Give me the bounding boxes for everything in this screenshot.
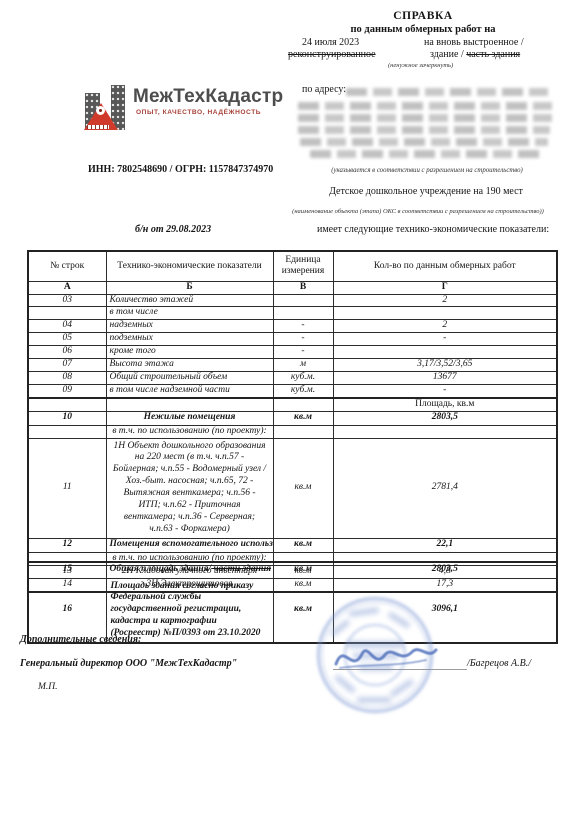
row-unit: - xyxy=(273,346,333,359)
redacted-address-line xyxy=(300,138,548,146)
address-label: по адресу: xyxy=(302,84,346,95)
row-value: 22,1 xyxy=(333,538,557,552)
stamp-arc-text xyxy=(357,697,391,703)
table-row: 15 Общая площадь здания/ части здания кв… xyxy=(28,562,557,578)
area-header-row: Площадь, кв.м xyxy=(28,398,557,411)
company-tagline: ОПЫТ, КАЧЕСТВО, НАДЁЖНОСТЬ xyxy=(136,109,261,116)
row-value: 3,17/3,52/3,65 xyxy=(333,358,557,371)
row-num: 10 xyxy=(28,411,106,425)
row-unit: куб.м. xyxy=(273,371,333,384)
reconstructed-label-struck: реконструированное xyxy=(288,49,376,60)
row-name: Помещения вспомогательного использования xyxy=(106,538,273,552)
table-row: 12 Помещения вспомогательного использова… xyxy=(28,538,557,552)
row-num: 12 xyxy=(28,538,106,552)
letter-g: Г xyxy=(333,281,557,294)
totals-table: 15 Общая площадь здания/ части здания кв… xyxy=(27,561,558,644)
table-row: 06 кроме того - xyxy=(28,346,557,359)
redacted-address-line xyxy=(298,126,550,134)
table-row: 07 Высота этажа м 3,17/3,52/3,65 xyxy=(28,358,557,371)
inn-ogrn: ИНН: 7802548690 / ОГРН: 1157847374970 xyxy=(88,164,273,175)
table-row: 10 Нежилые помещения кв.м 2803,5 xyxy=(28,411,557,425)
row-unit: кв.м xyxy=(273,562,333,578)
row-unit: - xyxy=(273,320,333,333)
building-part-struck: часть здания xyxy=(466,49,520,60)
row-num: 15 xyxy=(28,562,106,578)
area-header: Площадь, кв.м xyxy=(333,398,557,411)
doc-date: 24 июля 2023 xyxy=(302,37,359,48)
row-value: 2803,5 xyxy=(333,562,557,578)
row-unit: кв.м xyxy=(273,438,333,538)
row-name: надземных xyxy=(106,320,273,333)
row-value xyxy=(333,307,557,320)
row-num: 04 xyxy=(28,320,106,333)
row-value: - xyxy=(333,384,557,397)
indicators-table: № строк Технико-экономические показатели… xyxy=(27,250,558,399)
reference-number: б/н от 29.08.2023 xyxy=(135,224,211,235)
redacted-address-line xyxy=(298,114,552,122)
row-num xyxy=(28,307,106,320)
row-unit: кв.м xyxy=(273,538,333,552)
row-num: 03 xyxy=(28,294,106,307)
row-unit xyxy=(273,294,333,307)
document-page: СПРАВКА по данным обмерных работ на 24 и… xyxy=(0,0,577,816)
address-note: (указывается в соответствии с разрешение… xyxy=(307,167,547,174)
signature-scribble xyxy=(330,634,442,678)
table-row: 08 Общий строительный объем куб.м. 13677 xyxy=(28,371,557,384)
additional-info-label: Дополнительные сведения: xyxy=(20,634,141,645)
table-row: в т.ч. по использованию (по проекту): xyxy=(28,425,557,438)
doc-title: СПРАВКА xyxy=(290,10,556,22)
redacted-address-line xyxy=(298,102,554,110)
row-value xyxy=(333,425,557,438)
letter-a: А xyxy=(28,281,106,294)
table-row: 11 1Н Объект дошкольного образования на … xyxy=(28,438,557,538)
row-value xyxy=(333,346,557,359)
row-name: в том числе xyxy=(106,307,273,320)
doc-subtitle: по данным обмерных работ на xyxy=(290,24,556,35)
row-name: Высота этажа xyxy=(106,358,273,371)
row-name: кроме того xyxy=(106,346,273,359)
new-built-label: на вновь выстроенное / xyxy=(424,37,524,48)
row-unit xyxy=(273,425,333,438)
table-row: в том числе xyxy=(28,307,557,320)
total-area-part-struck: части здания xyxy=(211,564,271,574)
row-num: 09 xyxy=(28,384,106,397)
table-row: 05 подземных - - xyxy=(28,333,557,346)
row-name: Общий строительный объем xyxy=(106,371,273,384)
indicators-intro: имеет следующие технико-экономические по… xyxy=(317,224,549,235)
empty-cell xyxy=(273,398,333,411)
col-header-unit: Единица измерения xyxy=(273,251,333,281)
redacted-address-line xyxy=(310,150,542,158)
row-unit: м xyxy=(273,358,333,371)
row-name: подземных xyxy=(106,333,273,346)
signer-name: /Багрецов А.В./ xyxy=(467,658,531,669)
building-word: здание / xyxy=(430,49,466,60)
row-unit: - xyxy=(273,333,333,346)
row-name: 1Н Объект дошкольного образования на 220… xyxy=(106,438,273,538)
letter-b: Б xyxy=(106,281,273,294)
strike-instruction-note: (ненужное зачеркнуть) xyxy=(388,62,453,69)
redacted-address-line xyxy=(346,88,554,96)
row-unit: кв.м xyxy=(273,411,333,425)
row-num: 08 xyxy=(28,371,106,384)
letter-row: А Б В Г xyxy=(28,281,557,294)
logo-buildings-icon xyxy=(84,84,128,130)
empty-cell xyxy=(28,398,106,411)
building-label: здание / часть здания xyxy=(430,49,520,60)
row-value: 2 xyxy=(333,320,557,333)
table-row: 04 надземных - 2 xyxy=(28,320,557,333)
company-name: МежТехКадастр xyxy=(133,86,283,108)
row-value: 2 xyxy=(333,294,557,307)
logo-roof-dot xyxy=(99,109,102,112)
row-name: в т.ч. по использованию (по проекту): xyxy=(106,425,273,438)
row-name: Нежилые помещения xyxy=(106,411,273,425)
title-block: СПРАВКА по данным обмерных работ на xyxy=(290,10,556,35)
logo-ruler xyxy=(87,125,109,129)
col-header-num: № строк xyxy=(28,251,106,281)
row-value: 2803,5 xyxy=(333,411,557,425)
row-name: в том числе надземной части xyxy=(106,384,273,397)
empty-cell xyxy=(106,398,273,411)
letter-v: В xyxy=(273,281,333,294)
col-header-indicator: Технико-экономические показатели xyxy=(106,251,273,281)
row-name: Общая площадь здания/ части здания xyxy=(106,562,273,578)
row-value: 2781,4 xyxy=(333,438,557,538)
row-num: 07 xyxy=(28,358,106,371)
object-name: Детское дошкольное учреждение на 190 мес… xyxy=(295,186,557,197)
row-value: - xyxy=(333,333,557,346)
total-area-label: Общая площадь здания/ xyxy=(110,564,212,574)
table-header-row: № строк Технико-экономические показатели… xyxy=(28,251,557,281)
row-num xyxy=(28,425,106,438)
table-row: 03 Количество этажей 2 xyxy=(28,294,557,307)
row-num: 11 xyxy=(28,438,106,538)
row-num: 06 xyxy=(28,346,106,359)
row-value: 13677 xyxy=(333,371,557,384)
row-name: Количество этажей xyxy=(106,294,273,307)
row-num: 05 xyxy=(28,333,106,346)
stamp-place-label: М.П. xyxy=(38,682,58,692)
object-note: (наименование объекта (этапа) ОКС в соот… xyxy=(262,208,574,215)
director-label: Генеральный директор ООО "МежТехКадастр" xyxy=(20,658,237,669)
row-unit: куб.м. xyxy=(273,384,333,397)
col-header-qty: Кол-во по данным обмерных работ xyxy=(333,251,557,281)
row-unit xyxy=(273,307,333,320)
table-row: 09 в том числе надземной части куб.м. - xyxy=(28,384,557,397)
